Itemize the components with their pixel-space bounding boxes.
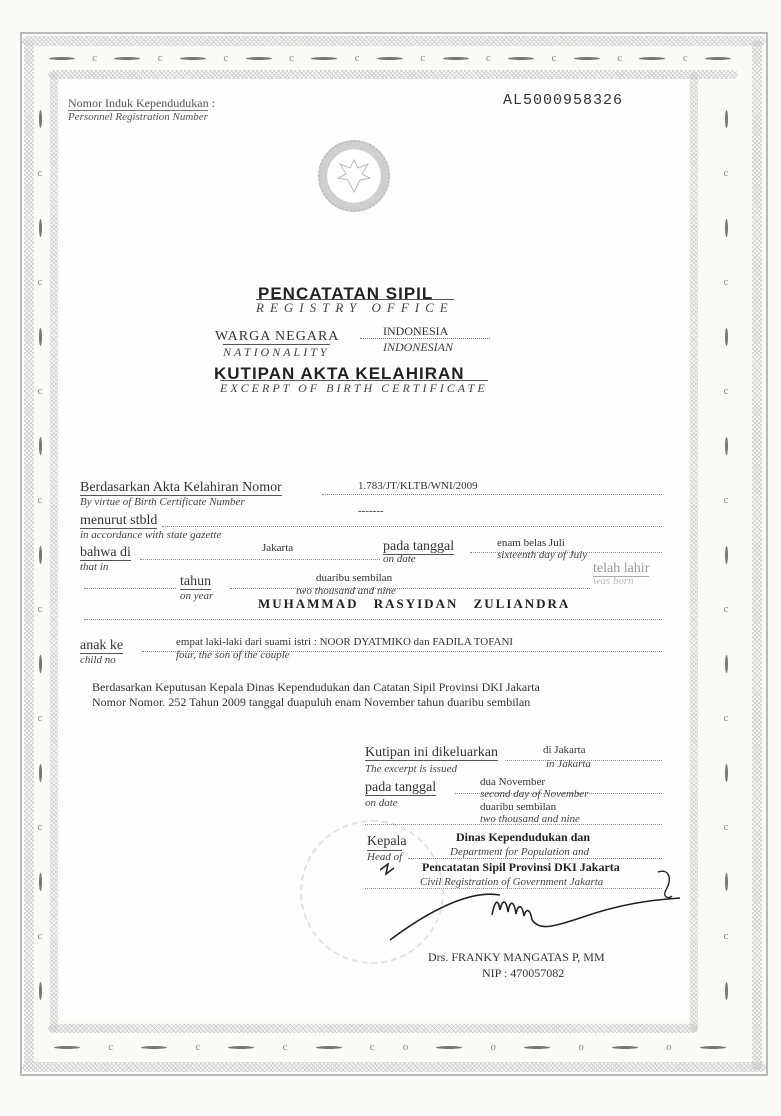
certificate-number-label: Berdasarkan Akta Kelahiran Nomor: [80, 480, 282, 496]
child-number-value: empat laki-laki dari suami istri : NOOR …: [176, 636, 513, 648]
border-guilloche-right-inner: [690, 72, 698, 1032]
nationality-value-en: INDONESIAN: [383, 340, 453, 355]
border-ornaments-right: cccccccc: [702, 90, 750, 1020]
nationality-label-en: NATIONALITY: [223, 344, 330, 360]
decree-line-1: Berdasarkan Keputusan Kepala Dinas Kepen…: [92, 680, 540, 695]
issued-date-label-en: on date: [365, 797, 398, 809]
dotted-line: [84, 588, 176, 589]
child-number-label: anak ke: [80, 638, 123, 654]
document-title-en: EXCERPT OF BIRTH CERTIFICATE: [220, 380, 488, 396]
org-line-1-en: Department for Population and: [450, 846, 589, 858]
issued-label-en: The excerpt is issued: [365, 763, 457, 775]
birth-date-value-en: sixteenth day of July: [497, 549, 587, 561]
dotted-line: [322, 494, 662, 495]
child-number-value-en: four, the son of the couple: [176, 649, 290, 661]
decree-line-2: Nomor Nomor. 252 Tahun 2009 tanggal duap…: [92, 695, 540, 710]
border-ornaments-bottom: ccccoooo: [40, 1036, 740, 1058]
birth-year-value: duaribu sembilan: [316, 572, 392, 584]
birth-place-label-en: that in: [80, 561, 108, 573]
border-guilloche-top-inner: [48, 70, 738, 79]
signature-icon: [380, 860, 690, 950]
org-line-1: Dinas Kependudukan dan: [456, 830, 590, 845]
garuda-emblem-icon: [318, 140, 390, 212]
birth-year-label: tahun: [180, 574, 211, 590]
nationality-dotted-line: [360, 338, 490, 339]
child-number-label-en: child no: [80, 654, 116, 666]
child-name: MUHAMMAD RASYIDAN ZULIANDRA: [258, 596, 570, 612]
signatory-name: Drs. FRANKY MANGATAS P, MM: [428, 950, 605, 965]
border-guilloche-top: [22, 36, 766, 46]
nationality-value: INDONESIA: [383, 324, 448, 339]
nationality-label: WARGA NEGARA: [215, 329, 339, 345]
dotted-line: [162, 526, 662, 527]
certificate-number-value: 1.783/JT/KLTB/WNI/2009: [358, 480, 478, 492]
dotted-line: [408, 858, 662, 859]
signatory-nip: NIP : 470057082: [482, 966, 564, 981]
border-ornaments-left: cccccccc: [32, 90, 48, 1020]
issued-date-value-en: second day of November: [480, 788, 588, 800]
dotted-line: [84, 619, 662, 620]
border-guilloche-right: [752, 40, 762, 1070]
border-ornaments-top: cccccccccc: [40, 48, 740, 68]
dotted-line: [230, 588, 590, 589]
birth-year-label-en: on year: [180, 590, 213, 602]
birth-place-label: bahwa di: [80, 545, 131, 561]
issued-place: di Jakarta: [543, 744, 585, 756]
birth-place-value: Jakarta: [262, 542, 293, 554]
issued-label: Kutipan ini dikeluarkan: [365, 745, 498, 761]
dotted-line: [140, 559, 380, 560]
border-guilloche-left-inner: [50, 72, 58, 1032]
border-guilloche-bottom: [22, 1062, 766, 1072]
head-label: Kepala: [367, 834, 407, 849]
decree-text: Berdasarkan Keputusan Kepala Dinas Kepen…: [92, 680, 540, 710]
issued-year-value: duaribu sembilan: [480, 801, 556, 813]
issued-year-value-en: two thousand and nine: [480, 813, 580, 825]
office-title-en: REGISTRY OFFICE: [256, 299, 454, 316]
registration-label-en: Personnel Registration Number: [68, 110, 208, 123]
issued-date-value: dua November: [480, 776, 545, 788]
birth-date-value: enam belas Juli: [497, 537, 565, 549]
stbld-label-en: in accordance with state gazette: [80, 529, 221, 541]
born-label-en: was born: [593, 575, 634, 587]
issued-place-en: in Jakarta: [546, 758, 591, 770]
registration-number: AL5000958326: [503, 92, 623, 109]
registration-label: Nomor Induk Kependudukan :: [68, 96, 215, 111]
certificate-number-label-en: By virtue of Birth Certificate Number: [80, 496, 245, 508]
birth-date-label-en: on date: [383, 553, 416, 565]
issued-date-label: pada tanggal: [365, 780, 436, 796]
border-guilloche-bottom-inner: [48, 1024, 698, 1033]
stbld-label: menurut stbld: [80, 513, 157, 529]
stbld-value: -------: [358, 505, 384, 517]
